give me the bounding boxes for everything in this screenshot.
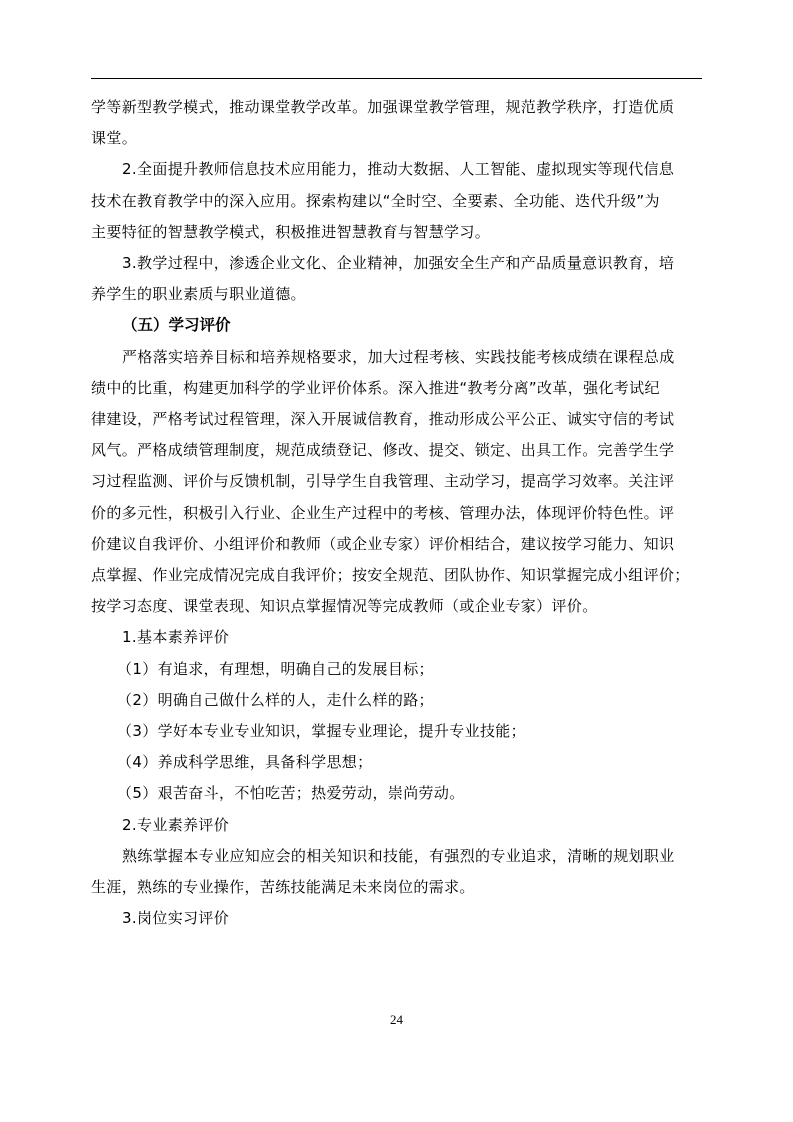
- text-line: 熟练掌握本专业应知应会的相关知识和技能，有强烈的专业追求，清晰的规划职业: [91, 841, 702, 872]
- text-line: 生涯，熟练的专业操作，苦练技能满足未来岗位的需求。: [91, 872, 702, 903]
- text-line: 价建议自我评价、小组评价和教师（或企业专家）评价相结合，建议按学习能力、知识: [91, 529, 702, 560]
- text-line: 点掌握、作业完成情况完成自我评价；按安全规范、团队协作、知识掌握完成小组评价；: [91, 560, 702, 591]
- item-3-paragraph: 3.教学过程中，渗透企业文化、企业精神，加强安全生产和产品质量意识教育，培 养学…: [91, 248, 702, 310]
- list-item: （2）明确自己做什么样的人，走什么样的路；: [91, 685, 702, 716]
- text-line: 律建设，严格考试过程管理，深入开展诚信教育，推动形成公平公正、诚实守信的考试: [91, 404, 702, 435]
- section-heading: （五）学习评价: [91, 310, 702, 341]
- text-line: 绩中的比重，构建更加科学的学业评价体系。深入推进“教考分离”改革，强化考试纪: [91, 373, 702, 404]
- text-line: 课堂。: [91, 123, 702, 154]
- text-line: 严格落实培养目标和培养规格要求，加大过程考核、实践技能考核成绩在课程总成: [91, 342, 702, 373]
- text-line: 技术在教育教学中的深入应用。探索构建以“全时空、全要素、全功能、迭代升级”为: [91, 186, 702, 217]
- page-number: 24: [0, 1012, 793, 1028]
- list-item: （5）艰苦奋斗，不怕吃苦；热爱劳动，崇尚劳动。: [91, 778, 702, 809]
- list-item: （1）有追求，有理想，明确自己的发展目标；: [91, 654, 702, 685]
- evaluation-paragraph: 严格落实培养目标和培养规格要求，加大过程考核、实践技能考核成绩在课程总成 绩中的…: [91, 342, 702, 623]
- subsection-title-professional: 2.专业素养评价: [91, 810, 702, 841]
- list-item: （4）养成科学思维，具备科学思想；: [91, 747, 702, 778]
- text-line: 主要特征的智慧教学模式，积极推进智慧教育与智慧学习。: [91, 217, 702, 248]
- page-body: 学等新型教学模式，推动课堂教学改革。加强课堂教学管理，规范教学秩序，打造优质 课…: [91, 92, 702, 934]
- text-line: 养学生的职业素质与职业道德。: [91, 279, 702, 310]
- text-line: 按学习态度、课堂表现、知识点掌握情况等完成教师（或企业专家）评价。: [91, 591, 702, 622]
- text-line: 学等新型教学模式，推动课堂教学改革。加强课堂教学管理，规范教学秩序，打造优质: [91, 92, 702, 123]
- subsection-title-basic: 1.基本素养评价: [91, 622, 702, 653]
- header-rule: [91, 78, 702, 79]
- item-2-paragraph: 2.全面提升教师信息技术应用能力，推动大数据、人工智能、虚拟现实等现代信息 技术…: [91, 154, 702, 248]
- text-line: 3.教学过程中，渗透企业文化、企业精神，加强安全生产和产品质量意识教育，培: [91, 248, 702, 279]
- continuation-paragraph: 学等新型教学模式，推动课堂教学改革。加强课堂教学管理，规范教学秩序，打造优质 课…: [91, 92, 702, 154]
- subsection-title-internship: 3.岗位实习评价: [91, 903, 702, 934]
- list-item: （3）学好本专业专业知识，掌握专业理论，提升专业技能；: [91, 716, 702, 747]
- professional-paragraph: 熟练掌握本专业应知应会的相关知识和技能，有强烈的专业追求，清晰的规划职业 生涯，…: [91, 841, 702, 903]
- text-line: 价的多元性，积极引入行业、企业生产过程中的考核、管理办法，体现评价特色性。评: [91, 498, 702, 529]
- text-line: 风气。严格成绩管理制度，规范成绩登记、修改、提交、锁定、出具工作。完善学生学: [91, 435, 702, 466]
- text-line: 习过程监测、评价与反馈机制，引导学生自我管理、主动学习，提高学习效率。关注评: [91, 466, 702, 497]
- text-line: 2.全面提升教师信息技术应用能力，推动大数据、人工智能、虚拟现实等现代信息: [91, 154, 702, 185]
